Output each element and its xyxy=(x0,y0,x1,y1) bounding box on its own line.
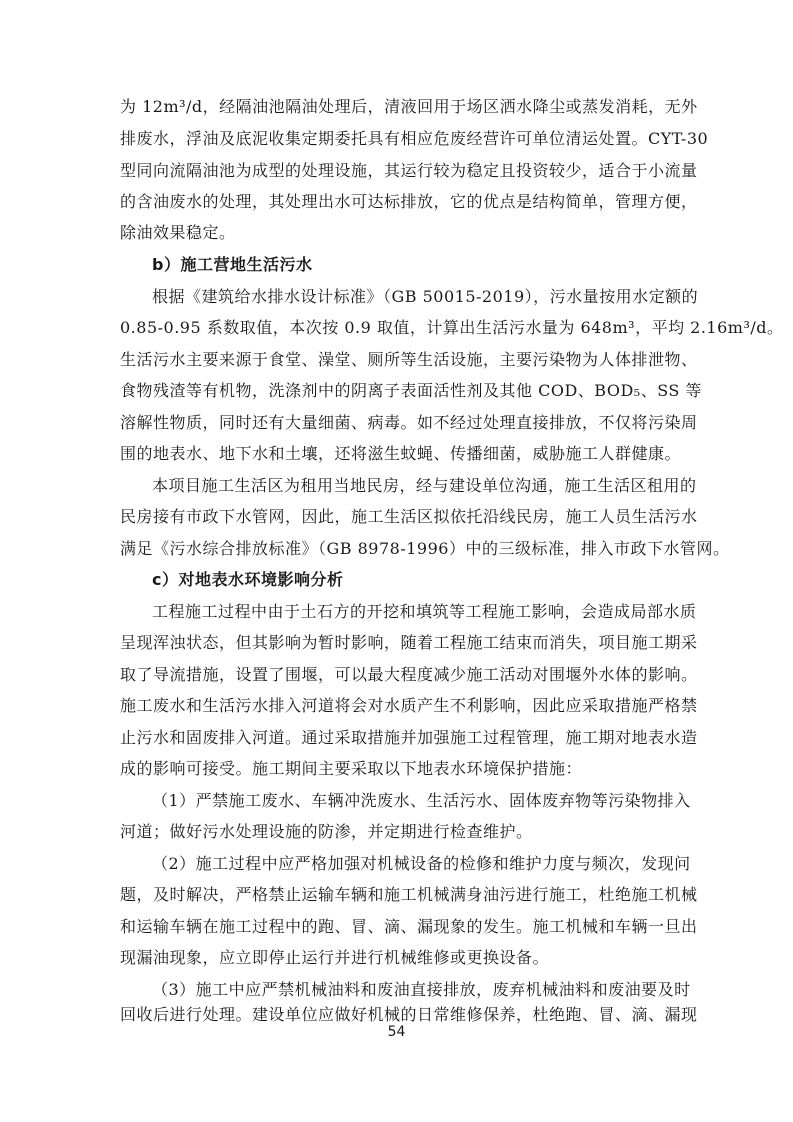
page-number: 54 xyxy=(0,1024,793,1040)
text-line: 围的地表水、地下水和土壤，还将滋生蚊蝇、传播细菌，威胁施工人群健康。 xyxy=(120,443,672,465)
text-line: 排废水，浮油及底泥收集定期委托具有相应危废经营许可单位清运处置。CYT-30 xyxy=(120,128,672,150)
text-line: 0.85-0.95 系数取值，本次按 0.9 取值，计算出生活污水量为 648m… xyxy=(120,317,672,339)
text-line: 的含油废水的处理，其处理出水可达标排放，它的优点是结构简单，管理方便， xyxy=(120,191,672,213)
text-line: 食物残渣等有机物，洗涤剂中的阴离子表面活性剂及其他 COD、BOD₅、SS 等 xyxy=(120,380,672,402)
text-line: 回收后进行处理。建设单位应做好机械的日常维修保养，杜绝跑、冒、滴、漏现 xyxy=(120,1004,672,1026)
section-heading-b: b）施工营地生活污水 xyxy=(152,254,672,276)
list-item-1: （1）严禁施工废水、车辆冲洗废水、生活污水、固体废弃物等污染物排入 xyxy=(152,790,672,812)
list-item-2: （2）施工过程中应严格加强对机械设备的检修和维护力度与频次，发现问 xyxy=(152,853,672,875)
text-line: 满足《污水综合排放标准》（GB 8978-1996）中的三级标准，排入市政下水管… xyxy=(120,538,672,560)
text-line: 止污水和固废排入河道。通过采取措施并加强施工过程管理，施工期对地表水造 xyxy=(120,727,672,749)
text-line: 溶解性物质，同时还有大量细菌、病毒。如不经过处理直接排放，不仅将污染周 xyxy=(120,412,672,434)
text-line: 题，及时解决，严格禁止运输车辆和施工机械满身油污进行施工，杜绝施工机械 xyxy=(120,884,672,906)
section-heading-c: c）对地表水环境影响分析 xyxy=(152,569,672,591)
text-line: 施工废水和生活污水排入河道将会对水质产生不利影响，因此应采取措施严格禁 xyxy=(120,695,672,717)
text-line: 现漏油现象，应立即停止运行并进行机械维修或更换设备。 xyxy=(120,947,672,969)
text-line: 和运输车辆在施工过程中的跑、冒、滴、漏现象的发生。施工机械和车辆一旦出 xyxy=(120,916,672,938)
text-line: 工程施工过程中由于土石方的开挖和填筑等工程施工影响，会造成局部水质 xyxy=(152,601,672,623)
text-line: 型同向流隔油池为成型的处理设施，其运行较为稳定且投资较少，适合于小流量 xyxy=(120,160,672,182)
text-line: 成的影响可接受。施工期间主要采取以下地表水环境保护措施： xyxy=(120,758,672,780)
list-item-3: （3）施工中应严禁机械油料和废油直接排放，废弃机械油料和废油要及时 xyxy=(152,979,672,1001)
text-line: 为 12m³/d，经隔油池隔油处理后，清液回用于场区洒水降尘或蒸发消耗，无外 xyxy=(120,96,672,118)
text-line: 呈现浑浊状态，但其影响为暂时影响，随着工程施工结束而消失，项目施工期采 xyxy=(120,632,672,654)
text-line: 本项目施工生活区为租用当地民房，经与建设单位沟通，施工生活区租用的 xyxy=(152,475,672,497)
text-line: 河道；做好污水处理设施的防渗，并定期进行检查维护。 xyxy=(120,821,672,843)
text-line: 根据《建筑给水排水设计标准》（GB 50015-2019），污水量按用水定额的 xyxy=(152,286,672,308)
text-line: 取了导流措施，设置了围堰，可以最大程度减少施工活动对围堰外水体的影响。 xyxy=(120,664,672,686)
document-page: 为 12m³/d，经隔油池隔油处理后，清液回用于场区洒水降尘或蒸发消耗，无外 排… xyxy=(0,0,793,1122)
text-line: 民房接有市政下水管网，因此，施工生活区拟依托沿线民房，施工人员生活污水 xyxy=(120,506,672,528)
text-line: 除油效果稳定。 xyxy=(120,222,672,244)
text-line: 生活污水主要来源于食堂、澡堂、厕所等生活设施，主要污染物为人体排泄物、 xyxy=(120,349,672,371)
